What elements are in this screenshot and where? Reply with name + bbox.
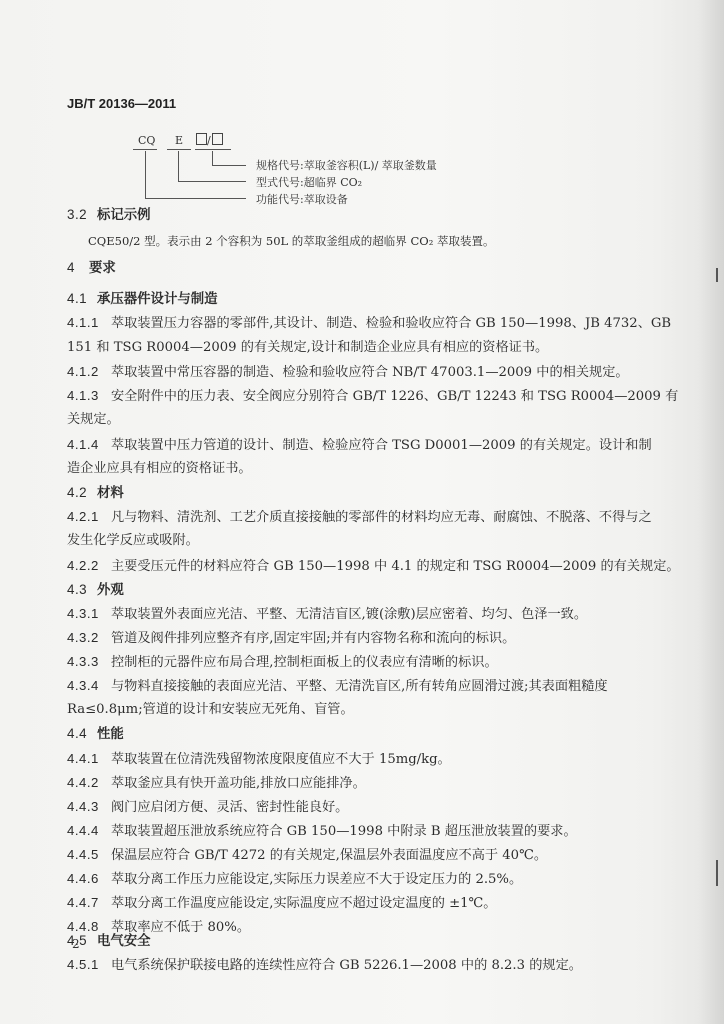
clause: 4.3.3控制柜的元器件应布局合理,控制柜面板上的仪表应有清晰的标识。 xyxy=(67,653,498,672)
clause-number: 3.2 xyxy=(67,206,97,224)
label-spec: 规格代号:萃取釜容积(L)/ 萃取釜数量 xyxy=(256,157,437,173)
clause-text: 萃取釜应具有快开盖功能,排放口应能排净。 xyxy=(111,776,366,791)
clause-text: 材料 xyxy=(97,486,124,501)
clause-continuation: 关规定。 xyxy=(67,411,120,429)
document-page: JB/T 20136—2011 CQ E / 规格代号:萃取釜容积(L)/ 萃取… xyxy=(0,0,724,1024)
clause-continuation: 151 和 TSG R0004—2009 的有关规定,设计和制造企业应具有相应的… xyxy=(67,339,548,357)
connector xyxy=(145,151,146,199)
clause-number: 4.2.1 xyxy=(67,508,111,526)
connector xyxy=(178,181,246,182)
clause-continuation: 发生化学反应或吸附。 xyxy=(67,532,199,550)
clause: 4.4.3阀门应启闭方便、灵活、密封性能良好。 xyxy=(67,798,348,817)
section-heading: 4.3外观 xyxy=(67,581,124,600)
clause-text: 要求 xyxy=(89,261,116,276)
clause: 4.4.6萃取分离工作压力应能设定,实际压力误差应不大于设定压力的 2.5%。 xyxy=(67,870,522,889)
page-number: 2 xyxy=(72,937,80,951)
clause-text: 萃取装置超压泄放系统应符合 GB 150—1998 中附录 B 超压泄放装置的要… xyxy=(111,824,577,839)
clause-number: 4.4.5 xyxy=(67,846,111,864)
clause-text: 管道及阀件排列应整齐有序,固定牢固;并有内容物名称和流向的标识。 xyxy=(111,631,515,646)
clause-number: 4.4.3 xyxy=(67,798,111,816)
clause-number: 4.4.1 xyxy=(67,750,111,768)
clause-text: 萃取装置中压力管道的设计、制造、检验应符合 TSG D0001—2009 的有关… xyxy=(111,438,652,453)
code-function: CQ xyxy=(138,134,155,147)
clause: 4.1.2萃取装置中常压容器的制造、检验和验收应符合 NB/T 47003.1—… xyxy=(67,363,629,382)
binding-mark xyxy=(716,268,718,282)
clause-text: 萃取装置在位清洗残留物浓度限度值应不大于 15mg/kg。 xyxy=(111,752,451,767)
clause: 4.2.2主要受压元件的材料应符合 GB 150—1998 中 4.1 的规定和… xyxy=(67,557,680,576)
section-heading: 4.4性能 xyxy=(67,725,124,744)
clause: 4.4.1萃取装置在位清洗残留物浓度限度值应不大于 15mg/kg。 xyxy=(67,750,451,769)
binding-mark xyxy=(716,860,718,886)
clause-number: 4.1.1 xyxy=(67,314,111,332)
clause-text: 与物料直接接触的表面应光洁、平整、无清洗盲区,所有转角应圆滑过渡;其表面粗糙度 xyxy=(111,679,608,694)
label-function: 功能代号:萃取设备 xyxy=(256,191,348,207)
clause-text: 标记示例 xyxy=(97,208,151,223)
clause-text: 萃取装置压力容器的零部件,其设计、制造、检验和验收应符合 GB 150—1998… xyxy=(111,316,671,331)
clause-text: 151 和 TSG R0004—2009 的有关规定,设计和制造企业应具有相应的… xyxy=(67,340,548,355)
clause-text: Ra≤0.8μm;管道的设计和安装应无死角、盲管。 xyxy=(67,702,354,717)
clause-text: 承压器件设计与制造 xyxy=(97,292,218,307)
clause: 4.5.1电气系统保护联接电路的连续性应符合 GB 5226.1—2008 中的… xyxy=(67,956,582,975)
placeholder-box xyxy=(196,133,207,145)
clause: 4.4.5保温层应符合 GB/T 4272 的有关规定,保温层外表面温度应不高于… xyxy=(67,846,547,865)
clause: 4.3.2管道及阀件排列应整齐有序,固定牢固;并有内容物名称和流向的标识。 xyxy=(67,629,515,648)
clause: 4.3.4与物料直接接触的表面应光洁、平整、无清洗盲区,所有转角应圆滑过渡;其表… xyxy=(67,677,608,696)
clause-number: 4 xyxy=(67,259,89,277)
clause-number: 4.4.6 xyxy=(67,870,111,888)
clause-text: 关规定。 xyxy=(67,412,120,427)
clause-text: 外观 xyxy=(97,583,124,598)
clause-text: 萃取装置中常压容器的制造、检验和验收应符合 NB/T 47003.1—2009 … xyxy=(111,365,629,380)
clause-text: 控制柜的元器件应布局合理,控制柜面板上的仪表应有清晰的标识。 xyxy=(111,655,498,670)
underline xyxy=(195,149,231,150)
clause-text: 萃取分离工作压力应能设定,实际压力误差应不大于设定压力的 2.5%。 xyxy=(111,872,522,887)
clause-number: 4.2 xyxy=(67,484,97,502)
clause: 4.2.1凡与物料、清洗剂、工艺介质直接接触的零部件的材料均应无毒、耐腐蚀、不脱… xyxy=(67,508,652,527)
connector xyxy=(145,198,246,199)
clause-number: 4.3.2 xyxy=(67,629,111,647)
clause-number: 4.3 xyxy=(67,581,97,599)
section-heading: 4.1承压器件设计与制造 xyxy=(67,290,218,309)
clause: 4.4.7萃取分离工作温度应能设定,实际温度应不超过设定温度的 ±1℃。 xyxy=(67,894,496,913)
clause-number: 4.4.4 xyxy=(67,822,111,840)
clause-text: 萃取分离工作温度应能设定,实际温度应不超过设定温度的 ±1℃。 xyxy=(111,896,496,911)
clause-number: 4.1 xyxy=(67,290,97,308)
clause-number: 4.2.2 xyxy=(67,557,111,575)
section-heading: 4.2材料 xyxy=(67,484,124,503)
clause: 4.1.1萃取装置压力容器的零部件,其设计、制造、检验和验收应符合 GB 150… xyxy=(67,314,671,333)
clause-text: 保温层应符合 GB/T 4272 的有关规定,保温层外表面温度应不高于 40℃。 xyxy=(111,848,547,863)
marking-diagram: CQ E / 规格代号:萃取釜容积(L)/ 萃取釜数量 型式代号:超临界 CO₂… xyxy=(0,0,724,220)
clause-text: CQE50/2 型。表示由 2 个容积为 50L 的萃取釜组成的超临界 CO₂ … xyxy=(88,234,494,248)
connector xyxy=(178,151,179,182)
clause-number: 4.3.4 xyxy=(67,677,111,695)
clause-number: 4.3.1 xyxy=(67,605,111,623)
clause-text: 主要受压元件的材料应符合 GB 150—1998 中 4.1 的规定和 TSG … xyxy=(111,559,680,574)
clause: 4.4.2萃取釜应具有快开盖功能,排放口应能排净。 xyxy=(67,774,366,793)
clause-text: 凡与物料、清洗剂、工艺介质直接接触的零部件的材料均应无毒、耐腐蚀、不脱落、不得与… xyxy=(111,510,652,525)
clause-text: 安全附件中的压力表、安全阀应分别符合 GB/T 1226、GB/T 12243 … xyxy=(111,389,678,404)
clause: CQE50/2 型。表示由 2 个容积为 50L 的萃取釜组成的超临界 CO₂ … xyxy=(88,232,494,250)
clause-number: 4.1.3 xyxy=(67,387,111,405)
clause-continuation: Ra≤0.8μm;管道的设计和安装应无死角、盲管。 xyxy=(67,701,354,719)
clause-text: 电气系统保护联接电路的连续性应符合 GB 5226.1—2008 中的 8.2.… xyxy=(111,958,582,973)
underline xyxy=(167,149,191,150)
underline xyxy=(133,149,157,150)
section-heading: 3.2标记示例 xyxy=(67,206,151,225)
clause: 4.1.4萃取装置中压力管道的设计、制造、检验应符合 TSG D0001—200… xyxy=(67,436,652,455)
clause-number: 4.5.1 xyxy=(67,956,111,974)
section-heading: 4要求 xyxy=(67,259,116,278)
clause-number: 4.1.2 xyxy=(67,363,111,381)
clause-text: 造企业应具有相应的资格证书。 xyxy=(67,461,252,476)
code-type: E xyxy=(175,134,183,147)
clause: 4.1.3安全附件中的压力表、安全阀应分别符合 GB/T 1226、GB/T 1… xyxy=(67,387,678,406)
clause-continuation: 造企业应具有相应的资格证书。 xyxy=(67,460,252,478)
connector xyxy=(212,165,246,166)
clause-text: 电气安全 xyxy=(97,934,151,949)
connector xyxy=(212,151,213,165)
clause-number: 4.4.7 xyxy=(67,894,111,912)
clause-number: 4.3.3 xyxy=(67,653,111,671)
clause: 4.3.1萃取装置外表面应光洁、平整、无清洁盲区,镀(涂敷)层应密着、均匀、色泽… xyxy=(67,605,587,624)
clause-number: 4.1.4 xyxy=(67,436,111,454)
clause: 4.4.4萃取装置超压泄放系统应符合 GB 150—1998 中附录 B 超压泄… xyxy=(67,822,577,841)
clause-text: 性能 xyxy=(97,727,124,742)
placeholder-box xyxy=(212,133,223,145)
clause-number: 4.4 xyxy=(67,725,97,743)
clause-text: 阀门应启闭方便、灵活、密封性能良好。 xyxy=(111,800,348,815)
clause-text: 萃取装置外表面应光洁、平整、无清洁盲区,镀(涂敷)层应密着、均匀、色泽一致。 xyxy=(111,607,587,622)
clause-text: 发生化学反应或吸附。 xyxy=(67,533,199,548)
clause-number: 4.4.2 xyxy=(67,774,111,792)
code-spec: / xyxy=(196,133,223,147)
label-type: 型式代号:超临界 CO₂ xyxy=(256,174,362,190)
